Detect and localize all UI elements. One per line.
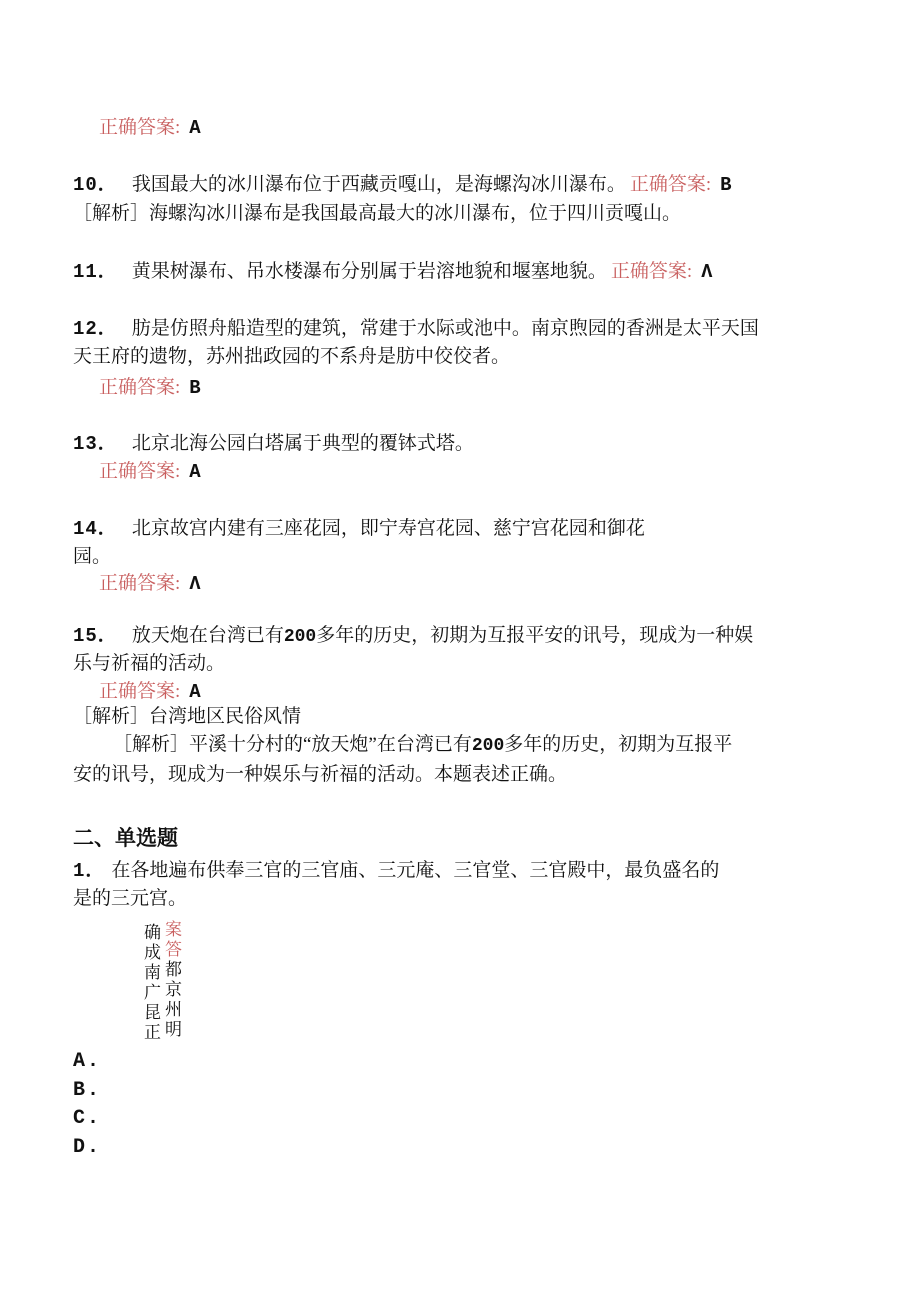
question-14-line-2: 园。 [73, 545, 111, 569]
question-1-text-wrap: 是的三元宫。 [73, 888, 187, 909]
vertical-char-red: 答 [164, 940, 183, 960]
answer-value: B [720, 174, 731, 196]
option-b: B. [73, 1079, 101, 1102]
analysis-text: ［解析］台湾地区民俗风情 [73, 706, 301, 727]
answer-label: 正确答案: [630, 174, 711, 195]
question-1-number: 1． [73, 860, 105, 882]
question-11-line-1: 11．黄果树瀑布、吊水楼瀑布分别属于岩溶地貌和堰塞地貌。正确答案:Λ [73, 260, 713, 284]
question-15-analysis-2-line-2: 安的讯号，现成为一种娱乐与祈福的活动。本题表述正确。 [73, 763, 567, 787]
vertical-char: 昆 [143, 1003, 162, 1023]
question-14-number: 14． [73, 518, 118, 540]
question-12-text: 肪是仿照舟船造型的建筑，常建于水际或池中。南京煦园的香洲是太平天国 [132, 318, 759, 339]
question-13-number: 13． [73, 433, 118, 455]
option-c: C. [73, 1107, 101, 1130]
vertical-char-red: 案 [164, 920, 183, 940]
answer-line-q13: 正确答案:A [99, 460, 201, 484]
question-10-number: 10． [73, 174, 118, 196]
analysis-text-cont: 多年的历史，初期为互报平 [504, 734, 732, 755]
question-12-number: 12． [73, 318, 118, 340]
question-12-line-1: 12．肪是仿照舟船造型的建筑，常建于水际或池中。南京煦园的香洲是太平天国 [73, 317, 759, 341]
answer-label: 正确答案: [99, 117, 180, 138]
question-13-line-1: 13．北京北海公园白塔属于典型的覆钵式塔。 [73, 432, 474, 456]
document-page: 正确答案:A 10．我国最大的冰川瀑布位于西藏贡嘎山，是海螺沟冰川瀑布。正确答案… [0, 0, 920, 1301]
vertical-char: 都 [164, 960, 183, 980]
question-14-text: 北京故宫内建有三座花园，即宁寿宫花园、慈宁宫花园和御花 [132, 518, 645, 539]
question-14-line-1: 14．北京故宫内建有三座花园，即宁寿宫花园、慈宁宫花园和御花 [73, 517, 645, 541]
option-d: D. [73, 1136, 101, 1159]
question-13-text: 北京北海公园白塔属于典型的覆钵式塔。 [132, 433, 474, 454]
answer-value: A [189, 681, 200, 703]
analysis-text-wrap: 安的讯号，现成为一种娱乐与祈福的活动。本题表述正确。 [73, 764, 567, 785]
answer-line-q15: 正确答案:A [99, 680, 201, 704]
question-15-analysis-1: ［解析］台湾地区民俗风情 [73, 705, 301, 729]
answer-label: 正确答案: [99, 377, 180, 398]
vertical-char: 州 [164, 1000, 183, 1020]
section-heading-text: 二、单选题 [73, 826, 178, 850]
question-14-text-wrap: 园。 [73, 546, 111, 567]
answer-label: 正确答案: [99, 573, 180, 594]
question-12-text-wrap: 天王府的遗物，苏州拙政园的不系舟是肪中佼佼者。 [73, 346, 510, 367]
vertical-column-left: 确 成 南 广 昆 正 [143, 923, 162, 1043]
question-15-line-1: 15．放天炮在台湾已有200多年的历史，初期为互报平安的讯号，现成为一种娱 [73, 624, 753, 649]
question-11-text: 黄果树瀑布、吊水楼瀑布分别属于岩溶地貌和堰塞地貌。 [132, 261, 607, 282]
vertical-char: 南 [143, 963, 162, 983]
question-15-number: 15． [73, 625, 118, 647]
question-15-line-2: 乐与祈福的活动。 [73, 652, 225, 676]
vertical-char: 广 [143, 983, 162, 1003]
analysis-text: ［解析］平溪十分村的“放天炮”在台湾已有 [113, 734, 472, 755]
answer-line-q9: 正确答案:A [99, 116, 201, 140]
question-11-number: 11． [73, 261, 118, 283]
question-15-text-wrap: 乐与祈福的活动。 [73, 653, 225, 674]
question-15-text: 放天炮在台湾已有 [132, 625, 284, 646]
question-12-line-2: 天王府的遗物，苏州拙政园的不系舟是肪中佼佼者。 [73, 345, 510, 369]
answer-value: A [189, 117, 200, 139]
vertical-char: 确 [143, 923, 162, 943]
answer-value: Λ [701, 261, 712, 283]
section2-question-1-line-1: 1．在各地遍布供奉三官的三官庙、三元庵、三官堂、三官殿中，最负盛名的 [73, 859, 719, 883]
answer-value: Λ [189, 573, 200, 595]
vertical-column-right: 案 答 都 京 州 明 [164, 920, 183, 1040]
answer-value: B [189, 377, 200, 399]
answer-line-q14: 正确答案:Λ [99, 572, 201, 596]
option-a: A. [73, 1050, 101, 1073]
answer-line-q12: 正确答案:B [99, 376, 201, 400]
vertical-char: 京 [164, 980, 183, 1000]
question-10-text: 我国最大的冰川瀑布位于西藏贡嘎山，是海螺沟冰川瀑布。 [132, 174, 626, 195]
question-10-analysis: ［解析］海螺沟冰川瀑布是我国最高最大的冰川瀑布，位于四川贡嘎山。 [73, 202, 681, 226]
answer-label: 正确答案: [99, 461, 180, 482]
vertical-text-block: 确 成 南 广 昆 正 案 答 都 京 州 明 [143, 923, 203, 1053]
analysis-bold-number: 200 [472, 736, 504, 756]
section-2-heading: 二、单选题 [73, 826, 178, 850]
vertical-char: 明 [164, 1020, 183, 1040]
question-15-bold-number: 200 [284, 627, 316, 647]
answer-label: 正确答案: [99, 681, 180, 702]
question-15-analysis-2-line-1: ［解析］平溪十分村的“放天炮”在台湾已有200多年的历史，初期为互报平 [113, 733, 732, 758]
question-10-line-1: 10．我国最大的冰川瀑布位于西藏贡嘎山，是海螺沟冰川瀑布。正确答案:B [73, 173, 732, 197]
vertical-char: 正 [143, 1023, 162, 1043]
analysis-text: ［解析］海螺沟冰川瀑布是我国最高最大的冰川瀑布，位于四川贡嘎山。 [73, 203, 681, 224]
question-1-text: 在各地遍布供奉三官的三官庙、三元庵、三官堂、三官殿中，最负盛名的 [111, 860, 719, 881]
answer-label: 正确答案: [611, 261, 692, 282]
question-15-text-cont: 多年的历史，初期为互报平安的讯号，现成为一种娱 [316, 625, 753, 646]
section2-question-1-line-2: 是的三元宫。 [73, 887, 187, 911]
vertical-char: 成 [143, 943, 162, 963]
answer-value: A [189, 461, 200, 483]
